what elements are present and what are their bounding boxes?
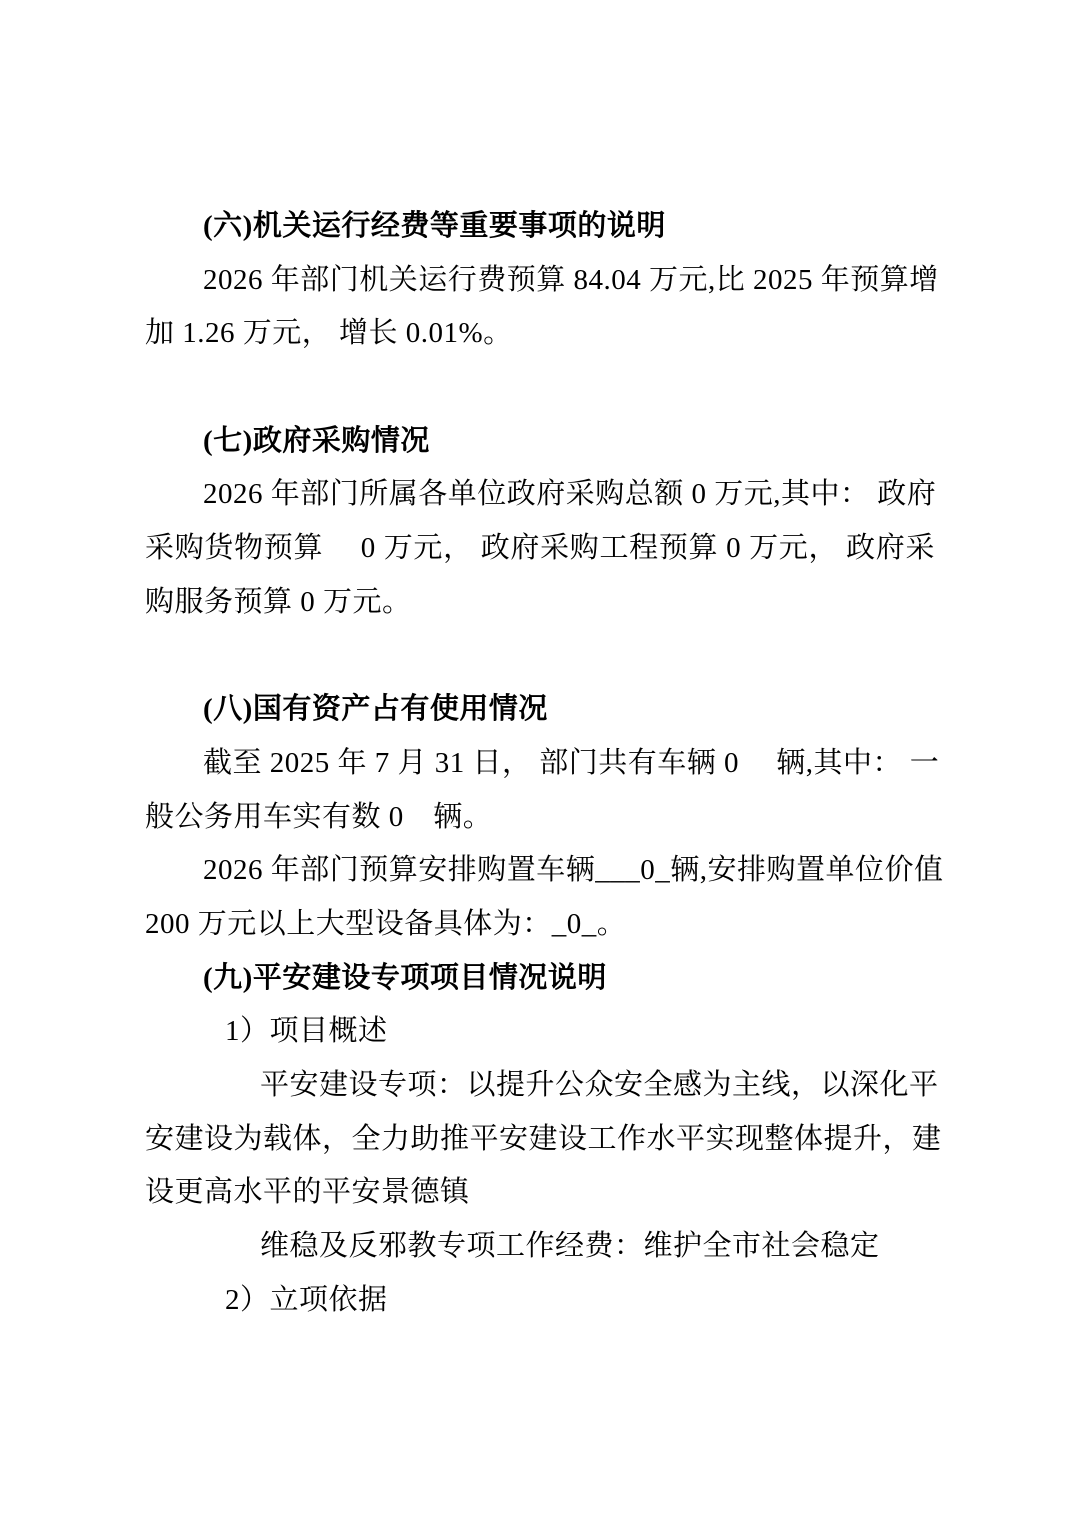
section-9-paragraph-1-line-2: 安建设为载体，全力助推平安建设工作水平实现整体提升，建 (145, 1113, 935, 1167)
section-9-heading: (九)平安建设专项项目情况说明 (145, 952, 935, 1006)
section-7-paragraph-line-1: 2026 年部门所属各单位政府采购总额 0 万元,其中： 政府 (145, 468, 935, 522)
section-8-paragraph-1-line-1: 截至 2025 年 7 月 31 日， 部门共有车辆 0 辆,其中： 一 (145, 737, 935, 791)
section-8-paragraph-2-line-2: 200 万元以上大型设备具体为：_0_。 (145, 898, 935, 952)
section-9-item-1: 1）项目概述 (145, 1005, 935, 1059)
section-9-paragraph-1-line-1: 平安建设专项：以提升公众安全感为主线，以深化平 (145, 1059, 935, 1113)
section-8-paragraph-2-line-1: 2026 年部门预算安排购置车辆___0_辆,安排购置单位价值 (145, 844, 935, 898)
blank-line (145, 361, 935, 415)
section-8-paragraph-1-line-2: 般公务用车实有数 0 辆。 (145, 791, 935, 845)
section-6-paragraph-line-1: 2026 年部门机关运行费预算 84.04 万元,比 2025 年预算增 (145, 254, 935, 308)
document-page: (六)机关运行经费等重要事项的说明 2026 年部门机关运行费预算 84.04 … (0, 0, 1074, 1520)
section-6-heading: (六)机关运行经费等重要事项的说明 (145, 200, 935, 254)
document-body: (六)机关运行经费等重要事项的说明 2026 年部门机关运行费预算 84.04 … (145, 200, 935, 1327)
section-9-item-2: 2）立项依据 (145, 1274, 935, 1328)
section-9-paragraph-1-line-3: 设更高水平的平安景德镇 (145, 1166, 935, 1220)
section-7-paragraph-line-2: 采购货物预算 0 万元， 政府采购工程预算 0 万元， 政府采 (145, 522, 935, 576)
section-7-paragraph-line-3: 购服务预算 0 万元。 (145, 576, 935, 630)
blank-line (145, 630, 935, 684)
section-7-heading: (七)政府采购情况 (145, 415, 935, 469)
section-9-paragraph-2: 维稳及反邪教专项工作经费：维护全市社会稳定 (145, 1220, 935, 1274)
section-8-heading: (八)国有资产占有使用情况 (145, 683, 935, 737)
section-6-paragraph-line-2: 加 1.26 万元， 增长 0.01%。 (145, 307, 935, 361)
